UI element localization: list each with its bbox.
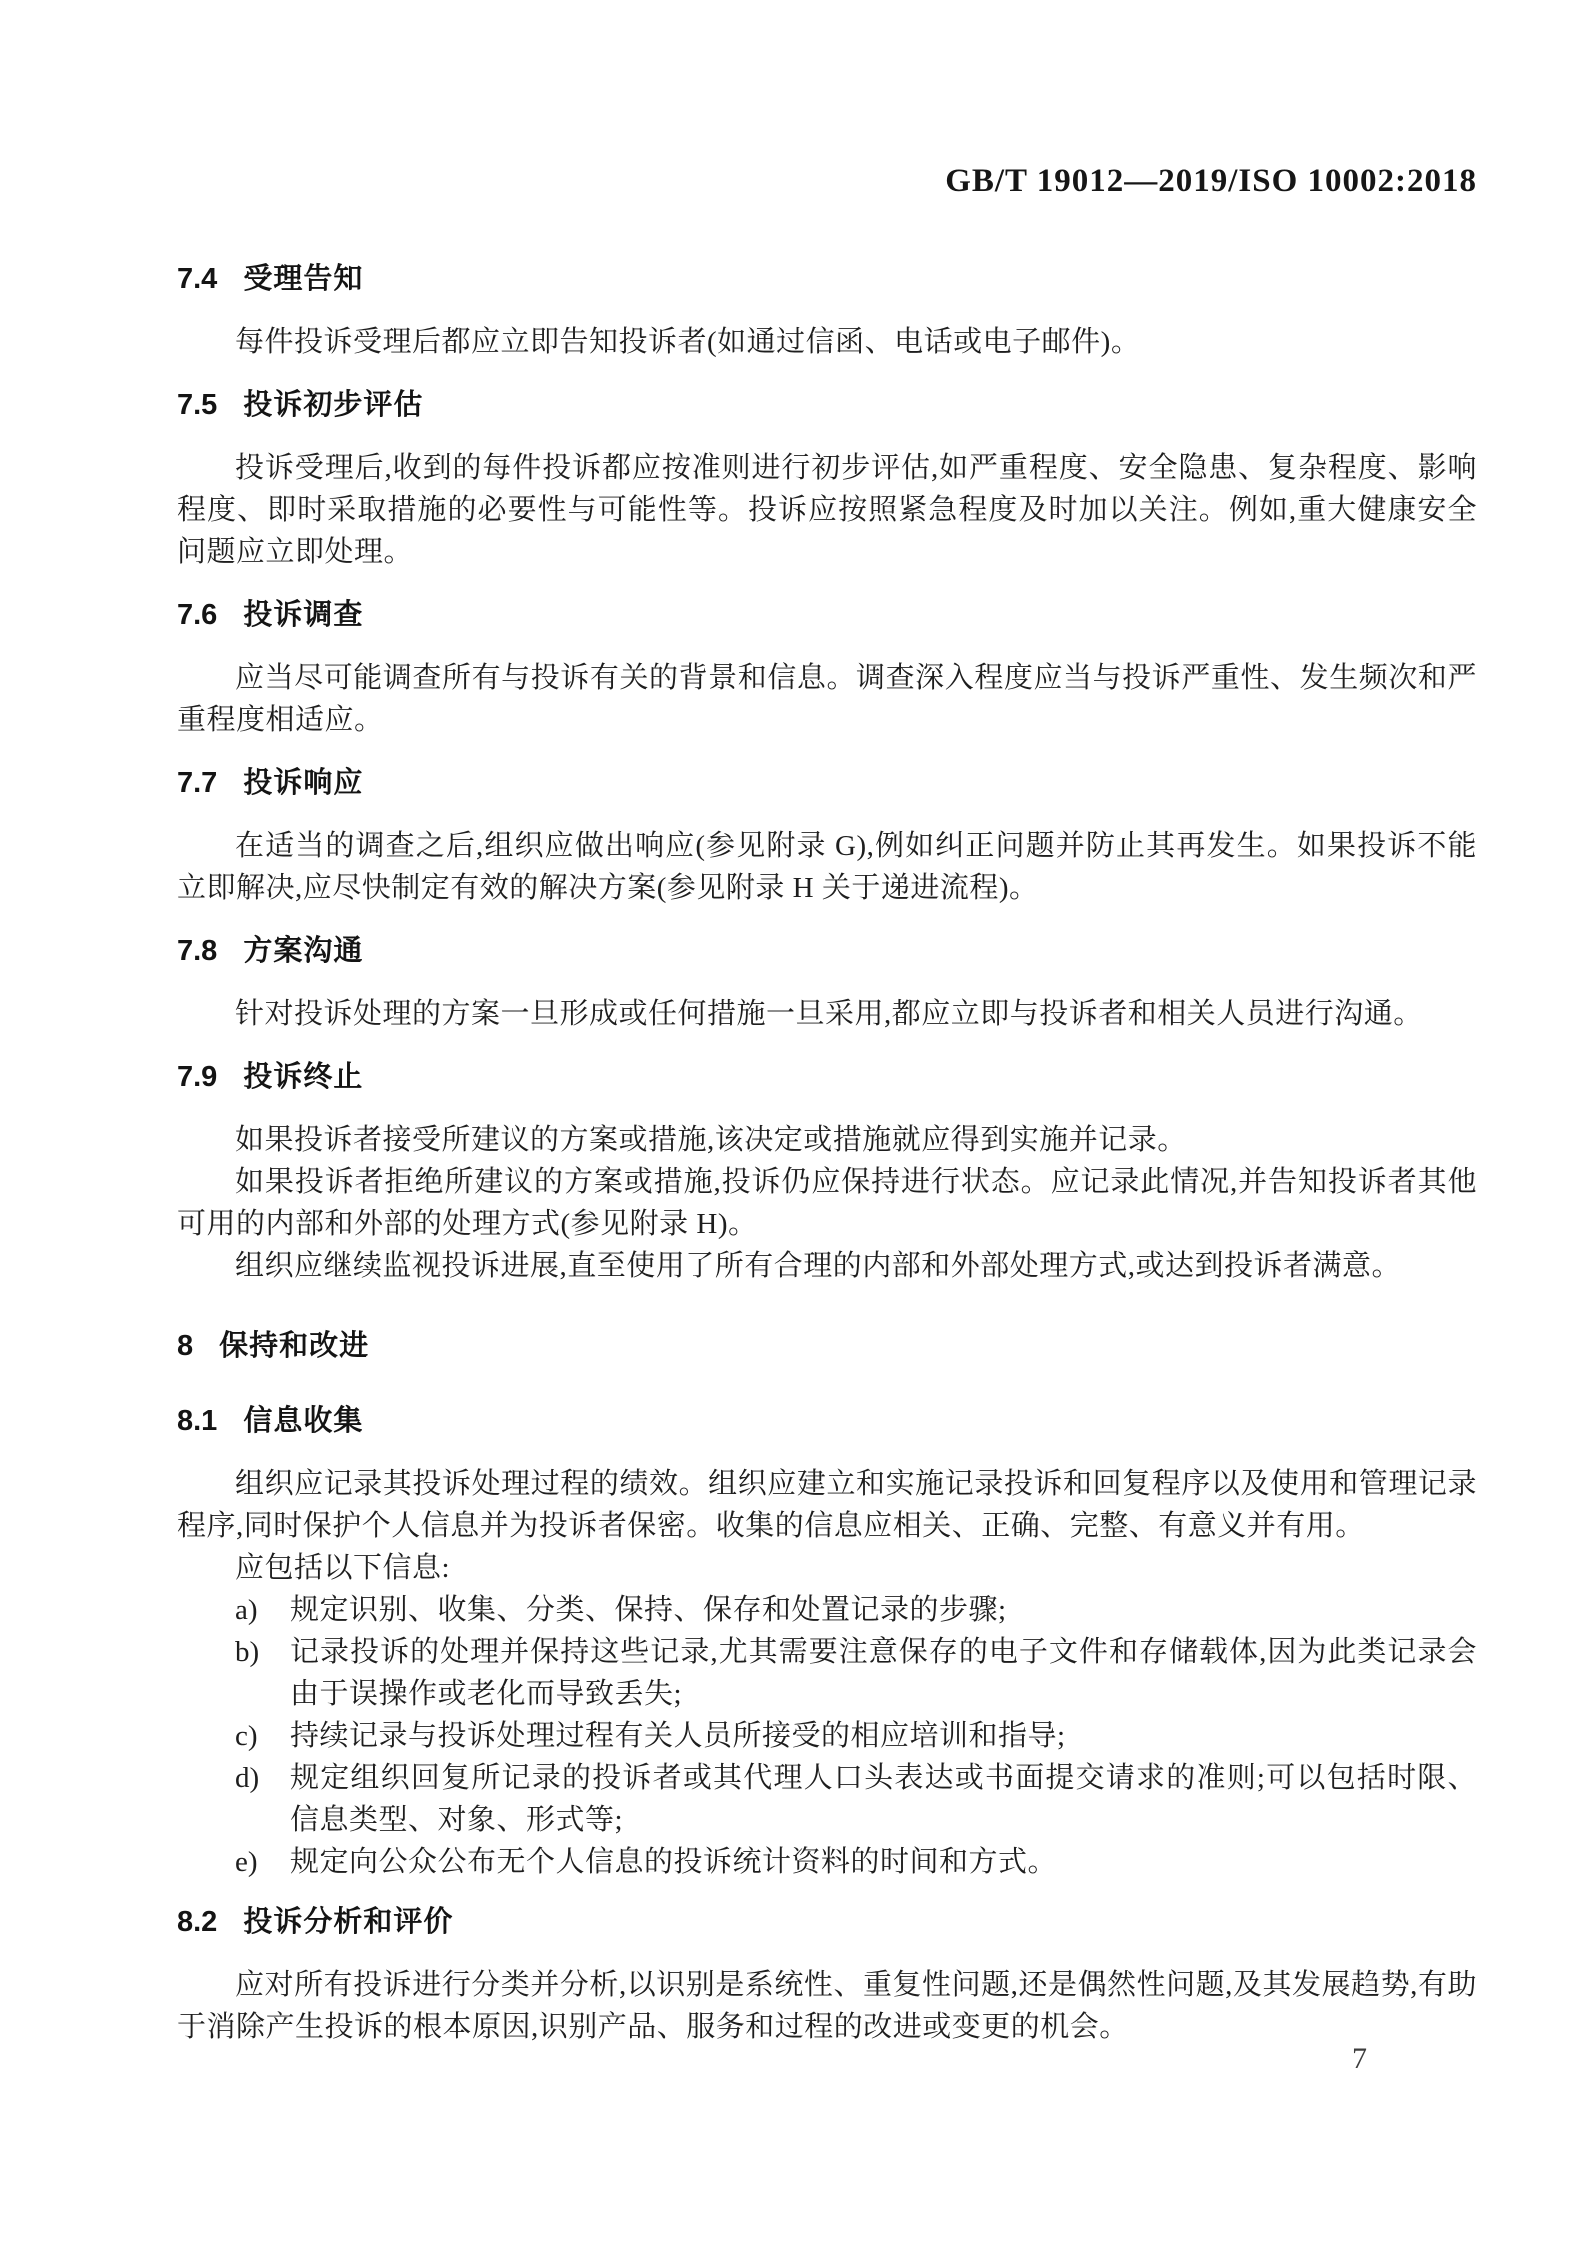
section-heading-7-4: 7.4受理告知 <box>177 258 1477 300</box>
list-text: 规定组织回复所记录的投诉者或其代理人口头表达或书面提交请求的准则;可以包括时限、… <box>290 1762 1477 1836</box>
section-heading-7-9: 7.9投诉终止 <box>177 1056 1477 1098</box>
section-heading-7-5: 7.5投诉初步评估 <box>177 384 1477 426</box>
section-title: 投诉分析和评价 <box>243 1906 453 1938</box>
chapter-heading-8: 8保持和改进 <box>177 1325 1477 1367</box>
standard-number-header: GB/T 19012—2019/ISO 10002:2018 <box>177 163 1477 200</box>
paragraph: 应当尽可能调查所有与投诉有关的背景和信息。调查深入程度应当与投诉严重性、发生频次… <box>177 657 1477 741</box>
section-title: 方案沟通 <box>243 935 363 967</box>
section-title: 投诉响应 <box>243 767 363 799</box>
paragraph: 在适当的调查之后,组织应做出响应(参见附录 G),例如纠正问题并防止其再发生。如… <box>177 825 1477 909</box>
section-number: 7.8 <box>177 930 217 972</box>
section-number: 7.6 <box>177 594 217 636</box>
section-number: 8.2 <box>177 1901 217 1943</box>
paragraph: 针对投诉处理的方案一旦形成或任何措施一旦采用,都应立即与投诉者和相关人员进行沟通… <box>177 993 1477 1035</box>
list-item-c: c)持续记录与投诉处理过程有关人员所接受的相应培训和指导; <box>177 1715 1477 1757</box>
list-marker: b) <box>235 1631 259 1673</box>
section-heading-8-1: 8.1信息收集 <box>177 1400 1477 1442</box>
section-title: 信息收集 <box>243 1405 363 1437</box>
section-title: 保持和改进 <box>219 1330 369 1362</box>
list-text: 持续记录与投诉处理过程有关人员所接受的相应培训和指导; <box>290 1720 1066 1752</box>
section-heading-7-6: 7.6投诉调查 <box>177 594 1477 636</box>
paragraph: 应对所有投诉进行分类并分析,以识别是系统性、重复性问题,还是偶然性问题,及其发展… <box>177 1964 1477 2048</box>
paragraph: 每件投诉受理后都应立即告知投诉者(如通过信函、电话或电子邮件)。 <box>177 321 1477 363</box>
list-marker: a) <box>235 1589 258 1631</box>
paragraph: 投诉受理后,收到的每件投诉都应按准则进行初步评估,如严重程度、安全隐患、复杂程度… <box>177 447 1477 573</box>
section-title: 投诉终止 <box>243 1061 363 1093</box>
list-text: 规定识别、收集、分类、保持、保存和处置记录的步骤; <box>290 1594 1007 1626</box>
paragraph: 组织应记录其投诉处理过程的绩效。组织应建立和实施记录投诉和回复程序以及使用和管理… <box>177 1463 1477 1547</box>
section-title: 投诉初步评估 <box>243 389 423 421</box>
list-item-a: a)规定识别、收集、分类、保持、保存和处置记录的步骤; <box>177 1589 1477 1631</box>
section-number: 7.4 <box>177 258 217 300</box>
list-item-b: b)记录投诉的处理并保持这些记录,尤其需要注意保存的电子文件和存储载体,因为此类… <box>177 1631 1477 1715</box>
document-page: GB/T 19012—2019/ISO 10002:2018 7.4受理告知 每… <box>0 0 1587 2243</box>
list-marker: d) <box>235 1757 259 1799</box>
section-number: 8.1 <box>177 1400 217 1442</box>
section-number: 7.5 <box>177 384 217 426</box>
list-item-d: d)规定组织回复所记录的投诉者或其代理人口头表达或书面提交请求的准则;可以包括时… <box>177 1757 1477 1841</box>
paragraph: 组织应继续监视投诉进展,直至使用了所有合理的内部和外部处理方式,或达到投诉者满意… <box>177 1245 1477 1287</box>
section-title: 受理告知 <box>243 263 363 295</box>
section-number: 7.9 <box>177 1056 217 1098</box>
list-marker: e) <box>235 1841 258 1883</box>
list-text: 记录投诉的处理并保持这些记录,尤其需要注意保存的电子文件和存储载体,因为此类记录… <box>290 1636 1477 1710</box>
section-heading-7-8: 7.8方案沟通 <box>177 930 1477 972</box>
section-heading-7-7: 7.7投诉响应 <box>177 762 1477 804</box>
section-heading-8-2: 8.2投诉分析和评价 <box>177 1901 1477 1943</box>
list-marker: c) <box>235 1715 258 1757</box>
paragraph: 应包括以下信息: <box>177 1547 1477 1589</box>
paragraph: 如果投诉者拒绝所建议的方案或措施,投诉仍应保持进行状态。应记录此情况,并告知投诉… <box>177 1161 1477 1245</box>
paragraph: 如果投诉者接受所建议的方案或措施,该决定或措施就应得到实施并记录。 <box>177 1119 1477 1161</box>
page-content: 7.4受理告知 每件投诉受理后都应立即告知投诉者(如通过信函、电话或电子邮件)。… <box>177 258 1477 2048</box>
page-number: 7 <box>1352 2042 1367 2076</box>
section-number: 7.7 <box>177 762 217 804</box>
list-text: 规定向公众公布无个人信息的投诉统计资料的时间和方式。 <box>290 1846 1057 1878</box>
list-item-e: e)规定向公众公布无个人信息的投诉统计资料的时间和方式。 <box>177 1841 1477 1883</box>
section-number: 8 <box>177 1325 193 1367</box>
section-title: 投诉调查 <box>243 599 363 631</box>
